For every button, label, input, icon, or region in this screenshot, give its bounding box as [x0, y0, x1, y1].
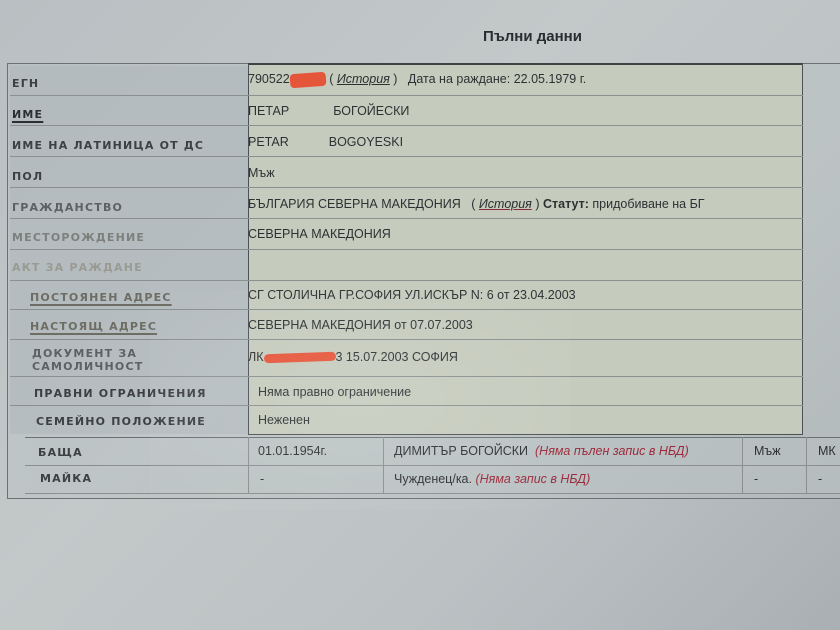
label-birth-act: АКТ ЗА РАЖДАНЕ: [12, 261, 143, 274]
birth-date-label: Дата на раждане:: [408, 72, 510, 86]
status-label: Статут:: [543, 197, 589, 211]
label-marital-status: СЕМЕЙНО ПОЛОЖЕНИЕ: [36, 415, 206, 428]
divider: [383, 437, 384, 494]
value-name: ПЕТАРБОГОЙЕСКИ: [248, 104, 409, 118]
egn-history-link[interactable]: История: [337, 72, 390, 86]
label-name[interactable]: ИМЕ: [12, 108, 43, 121]
label-id-document-line1: ДОКУМЕНТ ЗА: [32, 347, 137, 360]
divider: [806, 437, 807, 494]
mother-name: Чужденец/ка.: [394, 472, 472, 486]
mother-birth-date: -: [260, 472, 264, 486]
label-father: БАЩА: [38, 446, 83, 459]
egn-prefix: 790522: [248, 72, 290, 86]
mother-sex: -: [754, 472, 758, 486]
label-mother: МАЙКА: [40, 472, 92, 485]
value-legal-restrictions: Няма правно ограничение: [258, 385, 411, 399]
id-doc-prefix: ЛК: [248, 350, 264, 364]
label-birthplace: МЕСТОРОЖДЕНИЕ: [12, 231, 145, 244]
value-id-document: ЛК3 15.07.2003 СОФИЯ: [248, 350, 458, 364]
value-egn: 790522 ( История ) Дата на раждане: 22.0…: [248, 72, 586, 87]
label-id-document-line2: САМОЛИЧНОСТ: [32, 360, 143, 373]
permanent-address-link[interactable]: ПОСТОЯНЕН АДРЕС: [30, 291, 172, 304]
value-permanent-address: СГ СТОЛИЧНА ГР.СОФИЯ УЛ.ИСКЪР N: 6 от 23…: [248, 288, 576, 302]
id-doc-suffix: 3 15.07.2003 СОФИЯ: [336, 350, 458, 364]
citizenship-countries: БЪЛГАРИЯ СЕВЕРНА МАКЕДОНИЯ: [248, 197, 461, 211]
row-sex: [10, 157, 803, 188]
divider: [248, 437, 249, 494]
divider: [742, 437, 743, 494]
father-sex: Мъж: [754, 444, 781, 458]
value-latin-name: PETARBOGOYESKI: [248, 135, 403, 149]
value-birthplace: СЕВЕРНА МАКЕДОНИЯ: [248, 227, 391, 241]
mother-name-cell: Чужденец/ка. (Няма запис в НБД): [394, 472, 590, 486]
citizenship-history-link[interactable]: История: [479, 197, 532, 211]
value-sex: Мъж: [248, 166, 275, 180]
latin-first-name: PETAR: [248, 135, 289, 149]
label-citizenship: ГРАЖДАНСТВО: [12, 201, 123, 214]
latin-last-name: BOGOYESKI: [329, 135, 403, 149]
page-title: Пълни данни: [0, 28, 840, 45]
father-citizenship: МК: [818, 444, 836, 458]
value-citizenship: БЪЛГАРИЯ СЕВЕРНА МАКЕДОНИЯ ( История ) С…: [248, 197, 705, 211]
birth-date: 22.05.1979 г.: [514, 72, 587, 86]
label-latin-name: ИМЕ НА ЛАТИНИЦА ОТ ДС: [12, 139, 204, 152]
status-value: придобиване на БГ: [592, 197, 704, 211]
father-name-cell: ДИМИТЪР БОГОЙСКИ (Няма пълен запис в НБД…: [394, 444, 689, 458]
current-address-link[interactable]: НАСТОЯЩ АДРЕС: [30, 320, 157, 333]
father-note: (Няма пълен запис в НБД): [535, 444, 689, 458]
last-name: БОГОЙЕСКИ: [333, 104, 409, 118]
mother-note: (Няма запис в НБД): [475, 472, 590, 486]
redaction-mark: [289, 71, 326, 87]
label-sex: ПОЛ: [12, 170, 43, 183]
value-current-address: СЕВЕРНА МАКЕДОНИЯ от 07.07.2003: [248, 318, 473, 332]
label-legal-restrictions: ПРАВНИ ОГРАНИЧЕНИЯ: [34, 387, 207, 400]
value-marital-status: Неженен: [258, 413, 310, 427]
redaction-mark: [263, 352, 335, 364]
father-birth-date: 01.01.1954г.: [258, 444, 327, 458]
label-egn: ЕГН: [12, 77, 39, 90]
mother-citizenship: -: [818, 472, 822, 486]
label-id-document: ДОКУМЕНТ ЗА САМОЛИЧНОСТ: [32, 347, 143, 373]
first-name: ПЕТАР: [248, 104, 289, 118]
father-name: ДИМИТЪР БОГОЙСКИ: [394, 444, 528, 458]
